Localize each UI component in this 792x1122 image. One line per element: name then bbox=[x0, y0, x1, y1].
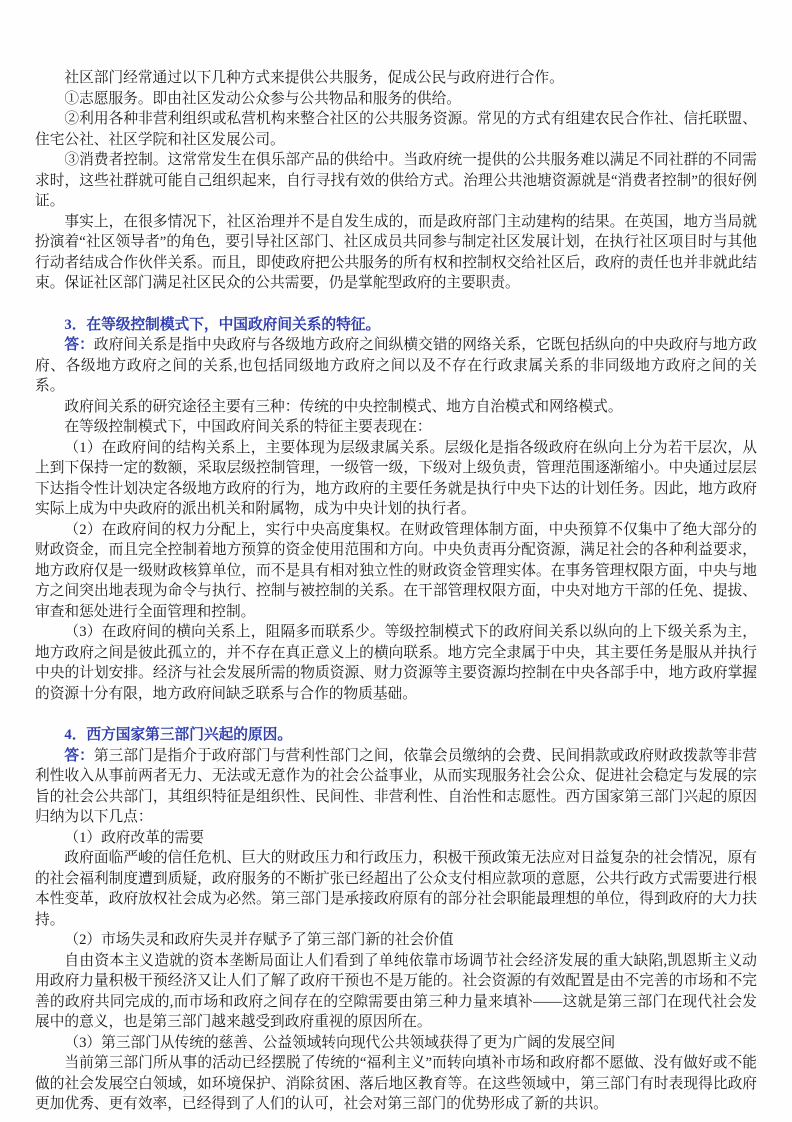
answer-label: 答： bbox=[64, 337, 93, 353]
question-4-answer-paragraph: 答：第三部门是指介于政府部门与营利性部门之间，依靠会员缴纳的会费、民间捐款或政府… bbox=[35, 746, 757, 828]
intro-paragraph-3: ②利用各种非营利组织或私营机构来整合社区的公共服务资源。常见的方式有组建农民合作… bbox=[35, 109, 757, 150]
question-3-paragraph-1: 政府间关系的研究途径主要有三种：传统的中央控制模式、地方自治模式和网络模式。 bbox=[35, 397, 757, 418]
question-4-paragraph-3: （2）市场失灵和政府失灵并存赋予了第三部门新的社会价值 bbox=[35, 930, 757, 951]
answer-lead-text: 第三部门是指介于政府部门与营利性部门之间，依靠会员缴纳的会费、民间捐款或政府财政… bbox=[35, 748, 757, 826]
section-question-3: 3．在等级控制模式下，中国政府间关系的特征。 答：政府间关系是指中央政府与各级地… bbox=[35, 315, 757, 705]
question-4-heading: 4．西方国家第三部门兴起的原因。 bbox=[35, 725, 757, 746]
question-3-paragraph-3: （1）在政府间的结构关系上，主要体现为层级隶属关系。层级化是指各级政府在纵向上分… bbox=[35, 438, 757, 520]
intro-paragraph-2: ①志愿服务。即由社区发动公众参与公共物品和服务的供给。 bbox=[35, 89, 757, 110]
section-question-4: 4．西方国家第三部门兴起的原因。 答：第三部门是指介于政府部门与营利性部门之间，… bbox=[35, 725, 757, 1115]
question-4-paragraph-4: 自由资本主义造就的资本垄断局面让人们看到了单纯依靠市场调节社会经济发展的重大缺陷… bbox=[35, 951, 757, 1033]
intro-paragraph-1: 社区部门经常通过以下几种方式来提供公共服务，促成公民与政府进行合作。 bbox=[35, 68, 757, 89]
intro-paragraph-4: ③消费者控制。这常常发生在俱乐部产品的供给中。当政府统一提供的公共服务难以满足不… bbox=[35, 150, 757, 212]
question-4-paragraph-6: 当前第三部门所从事的活动已经摆脱了传统的“福利主义”而转向填补市场和政府都不愿做… bbox=[35, 1053, 757, 1115]
intro-paragraph-5: 事实上，在很多情况下，社区治理并不是自发生成的，而是政府部门主动建构的结果。在英… bbox=[35, 212, 757, 294]
question-4-paragraph-2: 政府面临严峻的信任危机、巨大的财政压力和行政压力，积极干预政策无法应对日益复杂的… bbox=[35, 848, 757, 930]
question-3-paragraph-5: （3）在政府间的横向关系上，阻隔多而联系少。等级控制模式下的政府间关系以纵向的上… bbox=[35, 622, 757, 704]
answer-label: 答： bbox=[64, 748, 93, 764]
answer-lead-text: 政府间关系是指中央政府与各级地方政府之间纵横交错的网络关系，它既包括纵向的中央政… bbox=[35, 337, 757, 394]
question-3-paragraph-2: 在等级控制模式下，中国政府间关系的特征主要表现在： bbox=[35, 417, 757, 438]
question-3-paragraph-4: （2）在政府间的权力分配上，实行中央高度集权。在财政管理体制方面，中央预算不仅集… bbox=[35, 520, 757, 623]
question-3-answer-paragraph: 答：政府间关系是指中央政府与各级地方政府之间纵横交错的网络关系，它既包括纵向的中… bbox=[35, 335, 757, 397]
document-page: 社区部门经常通过以下几种方式来提供公共服务，促成公民与政府进行合作。 ①志愿服务… bbox=[0, 0, 792, 1122]
question-3-heading: 3．在等级控制模式下，中国政府间关系的特征。 bbox=[35, 315, 757, 336]
question-4-paragraph-5: （3）第三部门从传统的慈善、公益领域转向现代公共领域获得了更为广阔的发展空间 bbox=[35, 1033, 757, 1054]
question-4-paragraph-1: （1）政府改革的需要 bbox=[35, 828, 757, 849]
section-community-services: 社区部门经常通过以下几种方式来提供公共服务，促成公民与政府进行合作。 ①志愿服务… bbox=[35, 68, 757, 294]
